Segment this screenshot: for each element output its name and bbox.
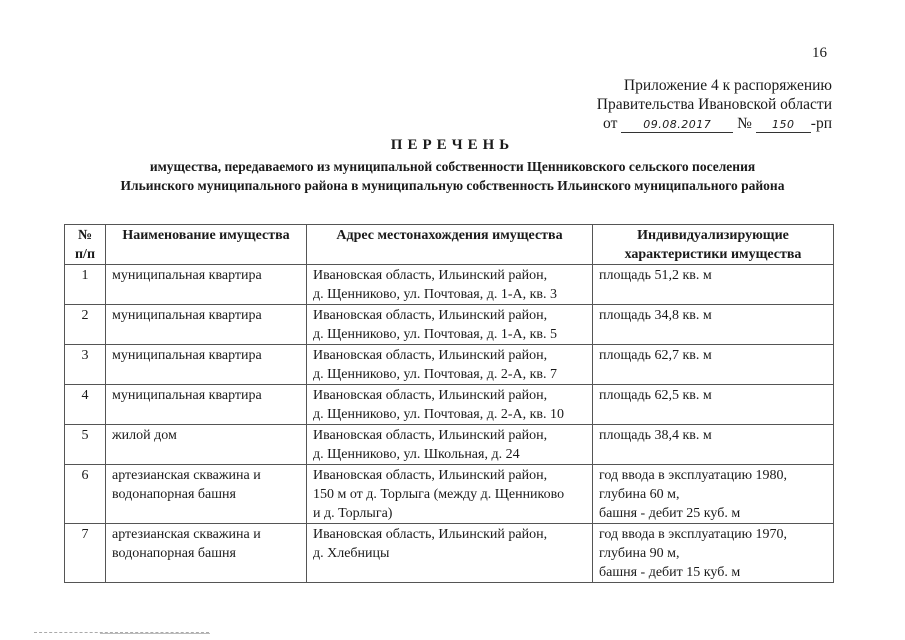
- table-row: 7 артезианская скважина и водонапорная б…: [65, 524, 834, 583]
- property-table: № п/п Наименование имущества Адрес место…: [64, 224, 834, 583]
- address-line: Ивановская область, Ильинский район,: [313, 386, 586, 405]
- page-number: 16: [812, 45, 827, 62]
- name-line: муниципальная квартира: [112, 386, 300, 405]
- name-line: муниципальная квартира: [112, 266, 300, 285]
- address-line: 150 м от д. Торлыга (между д. Щенниково: [313, 485, 586, 504]
- scan-artifact-line: [100, 633, 210, 635]
- chars-line: площадь 62,7 кв. м: [599, 346, 827, 365]
- order-date: 09.08.2017: [621, 118, 733, 133]
- row-characteristics: площадь 34,8 кв. м: [593, 305, 834, 345]
- table-header-row: № п/п Наименование имущества Адрес место…: [65, 225, 834, 265]
- chars-line: год ввода в эксплуатацию 1970,: [599, 525, 827, 544]
- chars-line: площадь 62,5 кв. м: [599, 386, 827, 405]
- address-line: д. Щенниково, ул. Почтовая, д. 1-А, кв. …: [313, 285, 586, 304]
- row-characteristics: год ввода в эксплуатацию 1970, глубина 9…: [593, 524, 834, 583]
- header-num-line-2: п/п: [71, 245, 99, 264]
- address-line: Ивановская область, Ильинский район,: [313, 525, 586, 544]
- header-chars-line-2: характеристики имущества: [599, 245, 827, 264]
- row-characteristics: площадь 62,7 кв. м: [593, 345, 834, 385]
- document-title: ПЕРЕЧЕНЬ: [0, 137, 905, 154]
- row-name: жилой дом: [106, 425, 307, 465]
- row-characteristics: площадь 62,5 кв. м: [593, 385, 834, 425]
- chars-line: площадь 34,8 кв. м: [599, 306, 827, 325]
- chars-line: глубина 60 м,: [599, 485, 827, 504]
- address-line: Ивановская область, Ильинский район,: [313, 466, 586, 485]
- table-row: 6 артезианская скважина и водонапорная б…: [65, 465, 834, 524]
- address-line: Ивановская область, Ильинский район,: [313, 426, 586, 445]
- address-line: д. Щенниково, ул. Почтовая, д. 1-А, кв. …: [313, 325, 586, 344]
- row-name: артезианская скважина и водонапорная баш…: [106, 465, 307, 524]
- row-num: 7: [65, 524, 106, 583]
- address-line: д. Хлебницы: [313, 544, 586, 563]
- chars-line: площадь 38,4 кв. м: [599, 426, 827, 445]
- from-label: от: [603, 115, 617, 132]
- table-row: 4 муниципальная квартира Ивановская обла…: [65, 385, 834, 425]
- address-line: д. Щенниково, ул. Почтовая, д. 2-А, кв. …: [313, 405, 586, 424]
- chars-line: башня - дебит 25 куб. м: [599, 504, 827, 523]
- address-line: Ивановская область, Ильинский район,: [313, 266, 586, 285]
- row-num: 6: [65, 465, 106, 524]
- row-address: Ивановская область, Ильинский район, 150…: [307, 465, 593, 524]
- appendix-header: Приложение 4 к распоряжению Правительств…: [597, 76, 832, 133]
- name-line: артезианская скважина и: [112, 525, 300, 544]
- address-line: д. Щенниково, ул. Почтовая, д. 2-А, кв. …: [313, 365, 586, 384]
- order-suffix: -рп: [811, 115, 832, 132]
- number-label: №: [737, 115, 752, 132]
- row-name: муниципальная квартира: [106, 305, 307, 345]
- header-characteristics: Индивидуализирующие характеристики имуще…: [593, 225, 834, 265]
- name-line: муниципальная квартира: [112, 306, 300, 325]
- row-num: 1: [65, 265, 106, 305]
- address-line: Ивановская область, Ильинский район,: [313, 346, 586, 365]
- row-address: Ивановская область, Ильинский район, д. …: [307, 385, 593, 425]
- row-characteristics: площадь 51,2 кв. м: [593, 265, 834, 305]
- order-number: 150: [756, 118, 811, 133]
- header-num: № п/п: [65, 225, 106, 265]
- appendix-line-1: Приложение 4 к распоряжению: [597, 76, 832, 95]
- address-line: д. Щенниково, ул. Школьная, д. 24: [313, 445, 586, 464]
- table-row: 1 муниципальная квартира Ивановская обла…: [65, 265, 834, 305]
- row-name: муниципальная квартира: [106, 265, 307, 305]
- header-name: Наименование имущества: [106, 225, 307, 265]
- row-num: 4: [65, 385, 106, 425]
- row-name: муниципальная квартира: [106, 345, 307, 385]
- name-line: водонапорная башня: [112, 544, 300, 563]
- row-num: 5: [65, 425, 106, 465]
- row-address: Ивановская область, Ильинский район, д. …: [307, 345, 593, 385]
- row-characteristics: площадь 38,4 кв. м: [593, 425, 834, 465]
- table-row: 5 жилой дом Ивановская область, Ильински…: [65, 425, 834, 465]
- header-num-line-1: №: [71, 226, 99, 245]
- appendix-line-3: от 09.08.2017 № 150-рп: [597, 114, 832, 133]
- header-chars-line-1: Индивидуализирующие: [599, 226, 827, 245]
- row-num: 3: [65, 345, 106, 385]
- row-name: артезианская скважина и водонапорная баш…: [106, 524, 307, 583]
- subtitle-line-1: имущества, передаваемого из муниципально…: [0, 157, 905, 176]
- name-line: артезианская скважина и: [112, 466, 300, 485]
- table-row: 2 муниципальная квартира Ивановская обла…: [65, 305, 834, 345]
- document-subtitle: имущества, передаваемого из муниципально…: [0, 157, 905, 195]
- address-line: и д. Торлыга): [313, 504, 586, 523]
- appendix-line-2: Правительства Ивановской области: [597, 95, 832, 114]
- address-line: Ивановская область, Ильинский район,: [313, 306, 586, 325]
- row-address: Ивановская область, Ильинский район, д. …: [307, 425, 593, 465]
- table-row: 3 муниципальная квартира Ивановская обла…: [65, 345, 834, 385]
- header-address: Адрес местонахождения имущества: [307, 225, 593, 265]
- chars-line: год ввода в эксплуатацию 1980,: [599, 466, 827, 485]
- subtitle-line-2: Ильинского муниципального района в муниц…: [0, 176, 905, 195]
- name-line: водонапорная башня: [112, 485, 300, 504]
- row-name: муниципальная квартира: [106, 385, 307, 425]
- chars-line: башня - дебит 15 куб. м: [599, 563, 827, 582]
- row-address: Ивановская область, Ильинский район, д. …: [307, 305, 593, 345]
- row-address: Ивановская область, Ильинский район, д. …: [307, 265, 593, 305]
- name-line: муниципальная квартира: [112, 346, 300, 365]
- row-num: 2: [65, 305, 106, 345]
- row-characteristics: год ввода в эксплуатацию 1980, глубина 6…: [593, 465, 834, 524]
- chars-line: глубина 90 м,: [599, 544, 827, 563]
- chars-line: площадь 51,2 кв. м: [599, 266, 827, 285]
- name-line: жилой дом: [112, 426, 300, 445]
- row-address: Ивановская область, Ильинский район, д. …: [307, 524, 593, 583]
